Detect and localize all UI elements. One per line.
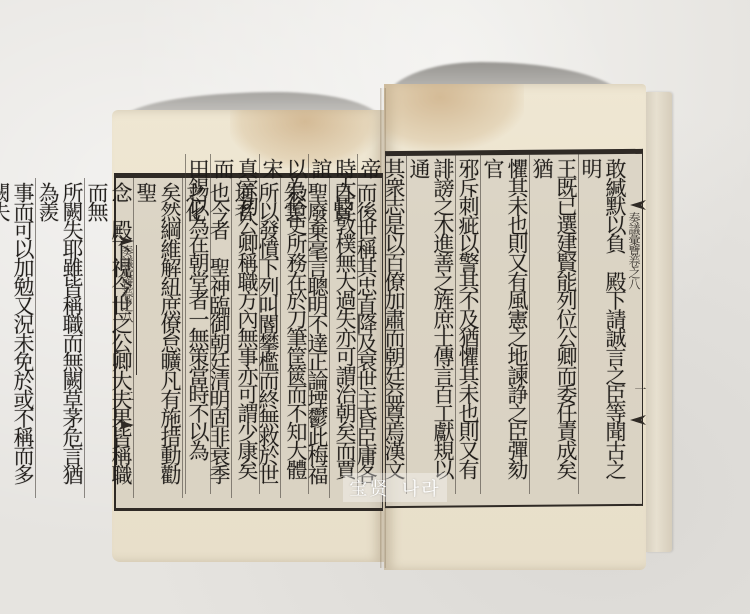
text-column: 田錫以為在朝堂者一無策當時不以為: [185, 154, 210, 494]
text-column: 以為俗吏所務在於刀筆筐篋而不知大體宋: [259, 154, 308, 494]
text-column: 懼其未也則又有風憲之地諫諍之臣彈劾官: [480, 154, 529, 494]
text-column: 事而可以加勉又況未免於或不稱而多闕失: [0, 178, 35, 498]
water-stain: [384, 84, 524, 150]
text-column: 誹謗之木進善之旌庶士傳言百工獻規以通: [406, 154, 455, 494]
right-margin-title: 奏議彙覽卷之八: [627, 212, 643, 332]
watermark-text-right: 나라: [402, 475, 441, 501]
right-page-text: 敢緘默以負 殿下請誠言之臣等聞古之明 王既已選建賢能列位公卿而委任責成矣猶 懼其…: [387, 154, 627, 494]
watermark-text-left: 宝贤: [349, 475, 389, 501]
left-margin-page-number: 二: [120, 390, 137, 401]
text-column: 其衆志是以百僚加肅而朝廷益尊焉漢文帝: [357, 154, 406, 494]
text-column: 真宗初公卿稱職方內無事亦可謂少康矣而: [210, 154, 259, 494]
watermark: 宝贤 나라: [343, 473, 447, 502]
text-column: 所闕失耶雖皆稱職而無闕草茅危言猶為羨: [35, 178, 84, 498]
text-column: 敢緘默以負 殿下請誠言之臣等聞古之明: [578, 154, 627, 494]
text-column: 邪斥刺疵以警其不及猶懼其未也則又有: [455, 154, 480, 494]
page-edge-stack: [646, 92, 672, 552]
left-margin-title: 奏議彙覽卷之八: [116, 245, 137, 375]
right-margin-page-number: 一: [632, 383, 649, 394]
text-column: 王既已選建賢能列位公卿而委任責成矣猶: [529, 154, 578, 494]
text-column: 矣然綱維解紐庶僚怠曠凡有施措動勸 聖: [133, 178, 182, 498]
text-column: 時大臣敦樸無大過失亦可謂治朝矣而賈誼: [308, 154, 357, 494]
